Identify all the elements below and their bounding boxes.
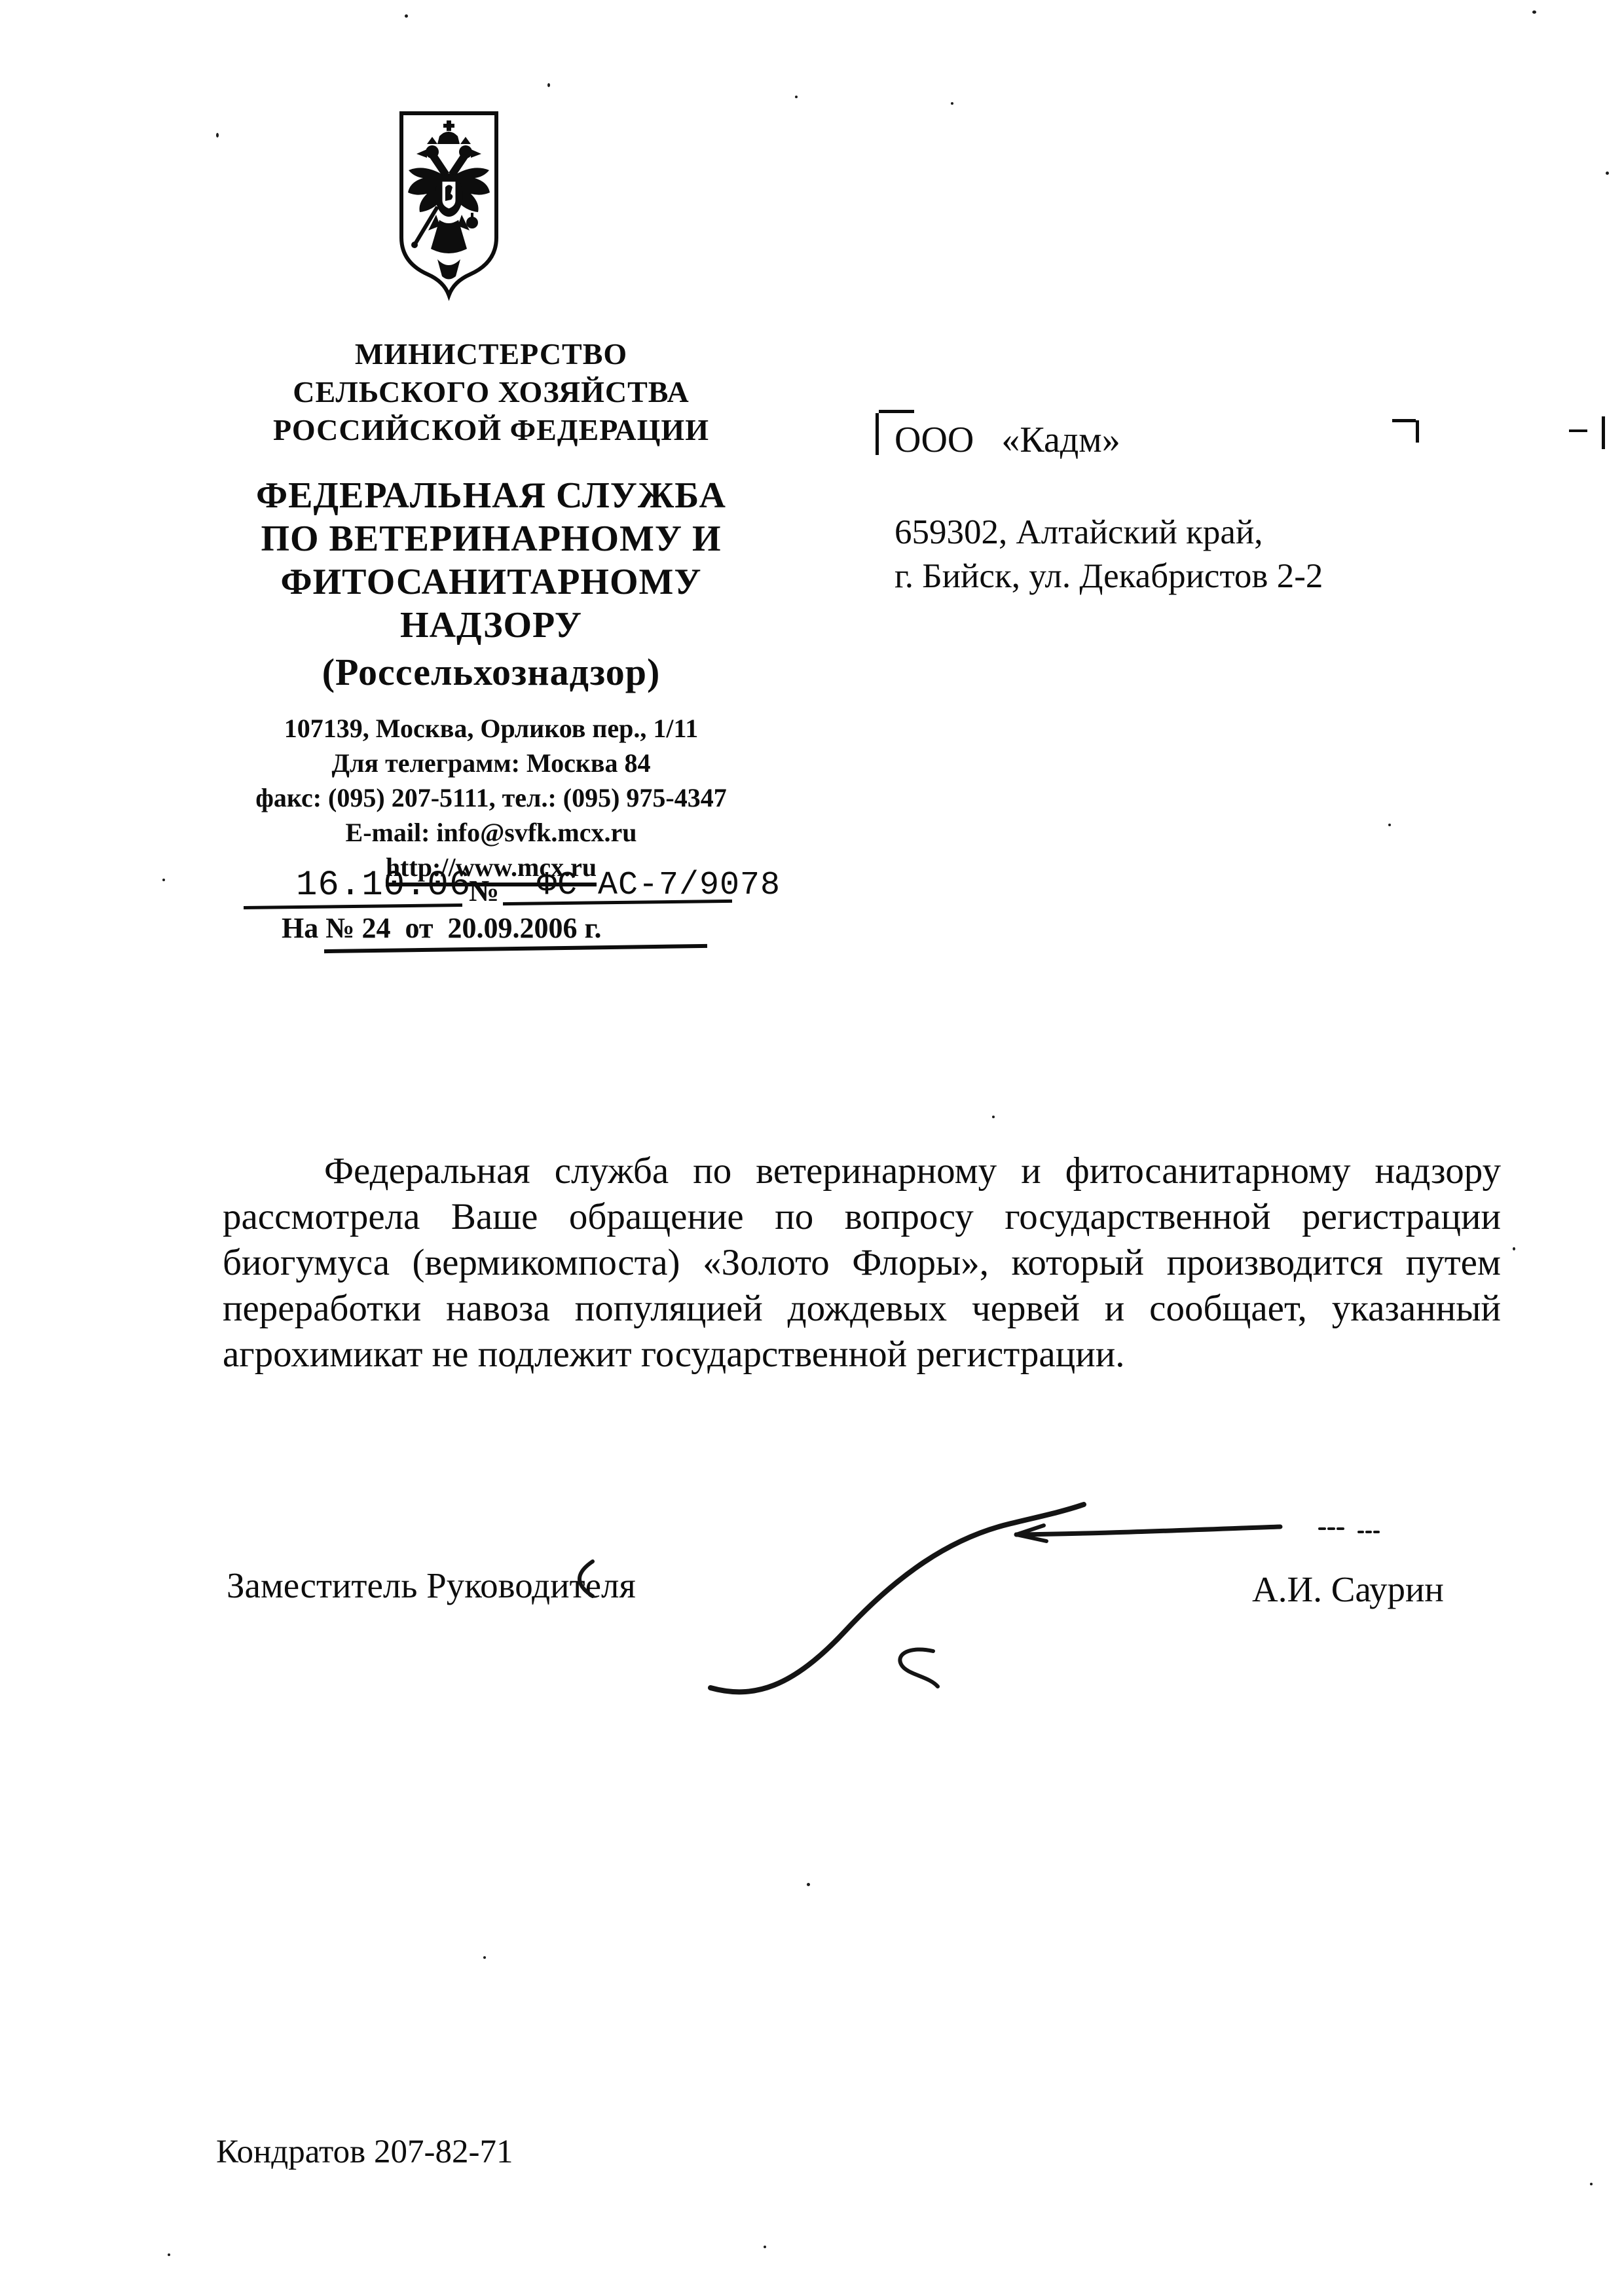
service-lines: ФЕДЕРАЛЬНАЯ СЛУЖБАПО ВЕТЕРИНАРНОМУ ИФИТО…: [196, 474, 786, 647]
scan-speck: [951, 102, 953, 105]
scan-speck: [216, 133, 219, 137]
scan-speck: [483, 1956, 486, 1959]
contact-lines: 107139, Москва, Орликов пер., 1/11Для те…: [196, 711, 786, 850]
scan-speck: [1388, 824, 1391, 826]
number-sign: №: [469, 873, 499, 908]
scan-speck: [1606, 172, 1609, 175]
federal-service-header: ФЕДЕРАЛЬНАЯ СЛУЖБАПО ВЕТЕРИНАРНОМУ ИФИТО…: [196, 474, 786, 694]
reply-reference: На № 24 от 20.09.2006 г.: [282, 911, 602, 945]
scan-speck: [1532, 10, 1536, 14]
service-short-name: (Россельхознадзор): [196, 651, 786, 694]
scan-speck: [807, 1883, 810, 1886]
scan-speck: [764, 2246, 766, 2248]
scan-speck: [405, 14, 408, 18]
recipient-name: ООО «Кадм»: [895, 419, 1120, 461]
scan-mark-dash: [1569, 429, 1587, 432]
date-underline: [244, 903, 462, 909]
letter-date: 16.10.06: [296, 866, 471, 905]
executor-contact: Кондратов 207-82-71: [216, 2133, 513, 2171]
contacts-block: 107139, Москва, Орликов пер., 1/11Для те…: [196, 711, 786, 884]
letter-number: ФС-АС-7/9078: [537, 867, 781, 904]
recipient-corner-left-top: [879, 410, 914, 413]
handwritten-signature: [550, 1467, 1414, 1728]
reply-underline: [324, 944, 707, 953]
scanned-letter-page: МИНИСТЕРСТВОСЕЛЬСКОГО ХОЗЯЙСТВАРОССИЙСКО…: [0, 0, 1624, 2296]
ministry-header: МИНИСТЕРСТВОСЕЛЬСКОГО ХОЗЯЙСТВАРОССИЙСКО…: [196, 335, 786, 449]
recipient-corner-right-side: [1416, 420, 1419, 443]
scan-speck: [1513, 1247, 1515, 1250]
letter-body: Федеральная служба по ветеринарному и фи…: [223, 1148, 1501, 1377]
recipient-corner-left-side: [876, 413, 879, 455]
recipient-address: 659302, Алтайский край,г. Бийск, ул. Дек…: [895, 511, 1323, 598]
scan-mark-tick: [1602, 416, 1605, 449]
russian-coat-of-arms-emblem: [398, 110, 500, 306]
scan-speck: [795, 96, 798, 98]
scan-speck: [1590, 2183, 1593, 2185]
scan-speck: [168, 2253, 170, 2256]
scan-speck: [547, 83, 550, 87]
scan-speck: [162, 879, 165, 881]
scan-speck: [992, 1116, 995, 1118]
recipient-corner-right-top: [1392, 419, 1416, 422]
